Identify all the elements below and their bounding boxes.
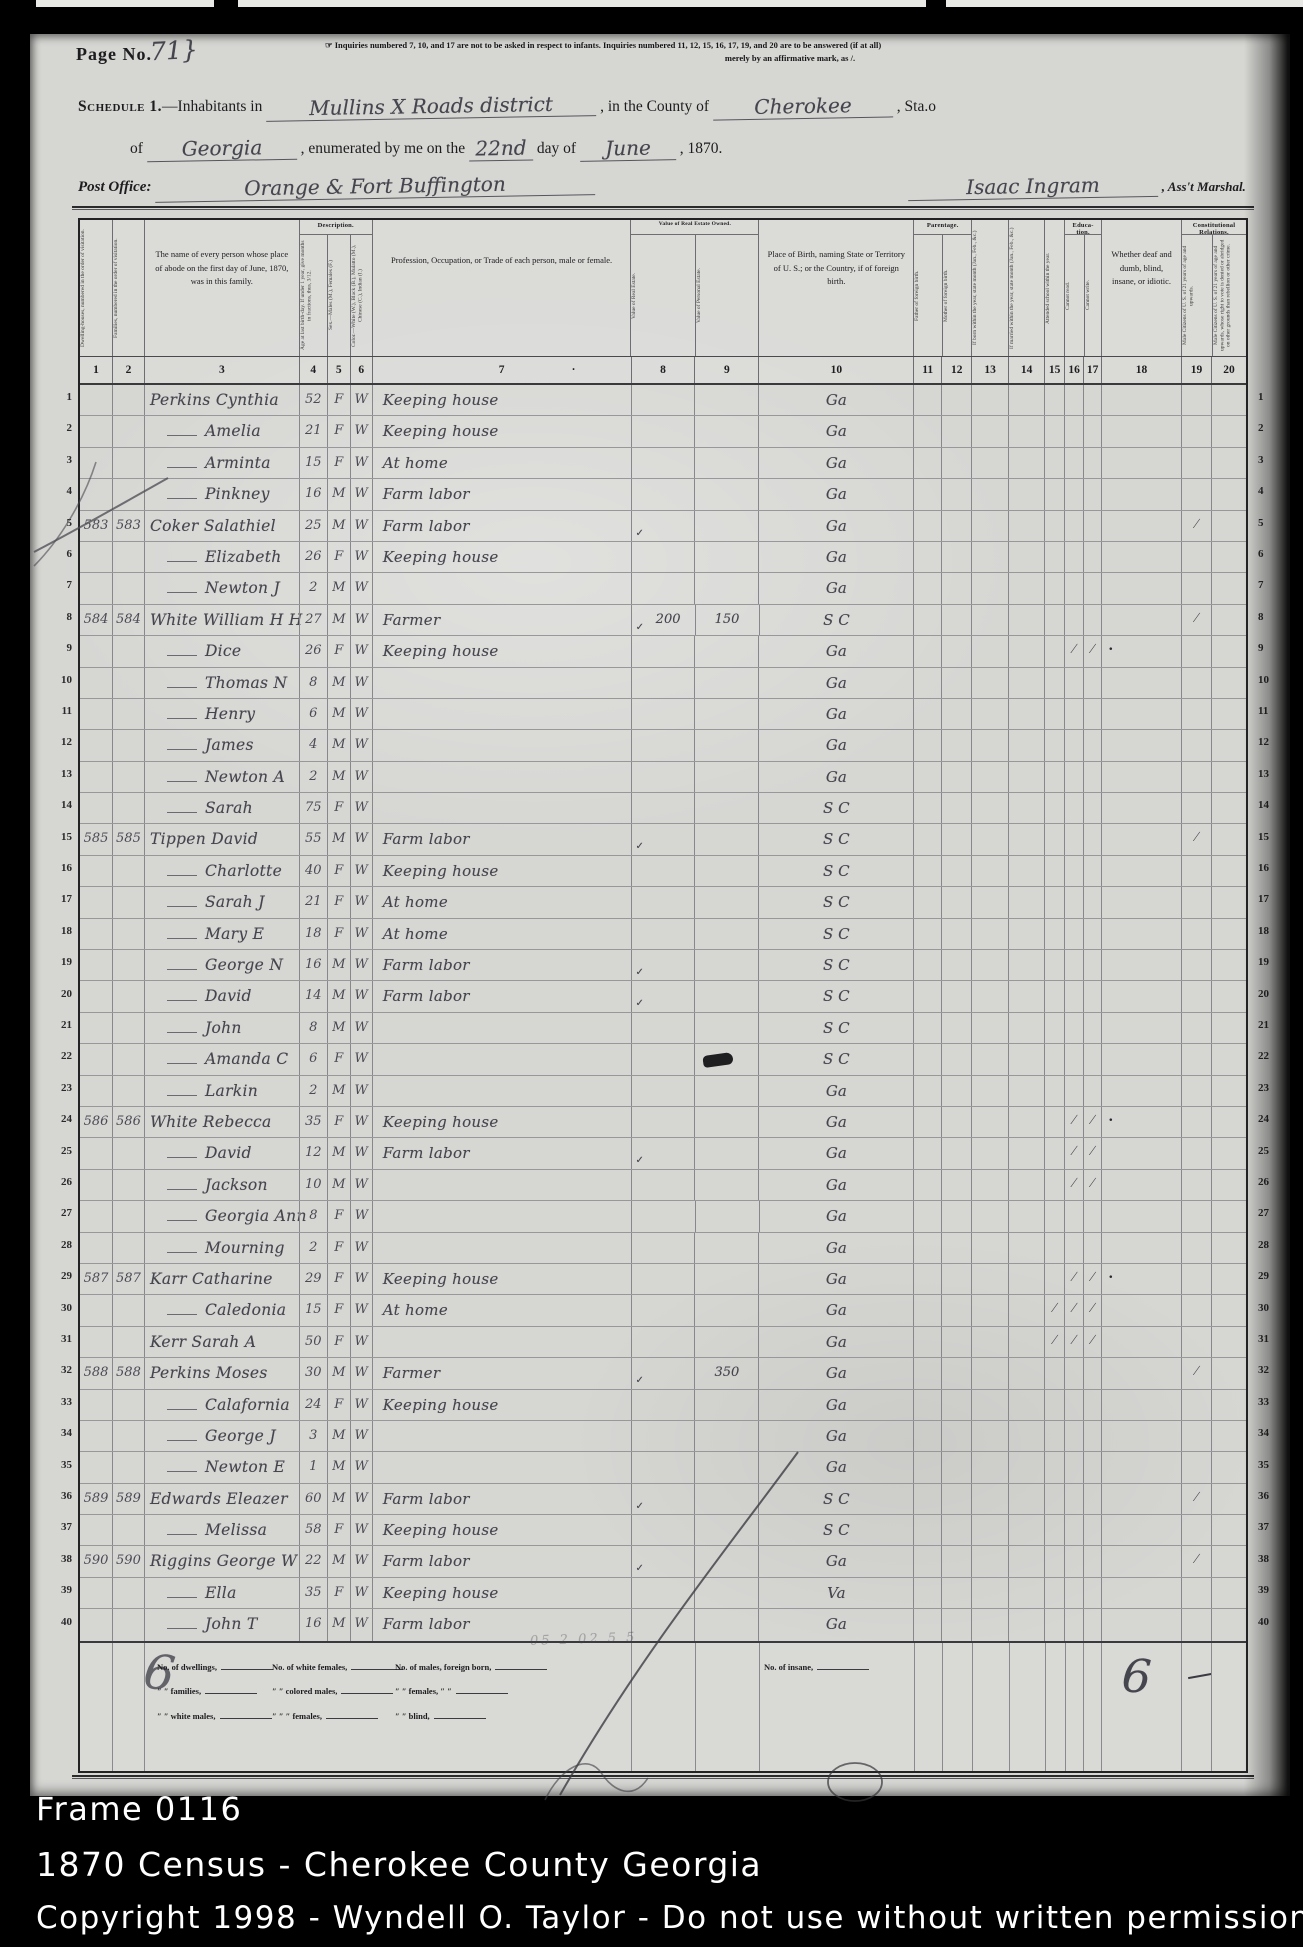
- person-name: White William H H: [145, 611, 303, 629]
- cell-sex: M: [327, 730, 350, 760]
- constitutional-section-label: Constitutional Relations.: [1182, 220, 1246, 235]
- cell-color: W: [350, 856, 372, 886]
- pen-tick: ·: [1108, 1264, 1113, 1292]
- cell-father-foreign: [913, 1138, 941, 1168]
- month-value: June: [580, 135, 676, 162]
- person-name: Jackson: [205, 1176, 268, 1194]
- cell-occupation: [372, 730, 631, 760]
- cell-cannot-write: [1083, 479, 1101, 509]
- page-no-label: Page No.: [76, 44, 152, 65]
- cell-color: W: [350, 1578, 372, 1608]
- cell-cannot-write: ∕: [1083, 1107, 1101, 1137]
- cell-father-foreign: [913, 416, 941, 446]
- cell-disabilities: ·: [1101, 1264, 1181, 1294]
- cell-father-foreign: [913, 668, 941, 698]
- cell-cannot-write: [1083, 856, 1101, 886]
- footer-column-line: [972, 1643, 973, 1771]
- cell-real-estate: ✓: [631, 1484, 695, 1514]
- cell-citizen: [1181, 1044, 1211, 1074]
- col-dwelling-label: Dwelling-houses, numbered in the order o…: [80, 223, 112, 353]
- footer-column-line: [942, 1643, 943, 1771]
- cell-real-estate: [631, 1076, 695, 1106]
- person-name: David: [205, 987, 252, 1005]
- cell-occupation: [372, 793, 631, 823]
- row-number: 19: [46, 952, 72, 983]
- table-body: Perkins Cynthia52FWKeeping houseGaAmelia…: [80, 385, 1246, 1641]
- person-name: John: [205, 1019, 242, 1037]
- cell-married-month: [1008, 730, 1044, 760]
- cell-name: David: [144, 1138, 299, 1168]
- cell-father-foreign: [913, 573, 941, 603]
- cell-born-month: [971, 1421, 1008, 1451]
- person-name: Kerr Sarah A: [145, 1333, 256, 1351]
- cell-mother-foreign: [941, 950, 971, 980]
- col-disabilities-label: Whether deaf and dumb, blind, insane, or…: [1101, 220, 1181, 356]
- cell-born-month: [971, 1295, 1008, 1325]
- cell-cannot-read: ∕: [1064, 1295, 1083, 1325]
- cell-birthplace: Ga: [758, 1138, 913, 1168]
- cell-color: W: [350, 1327, 372, 1357]
- census-row: Mourning2FWGa: [80, 1233, 1246, 1264]
- cell-father-foreign: [913, 1233, 941, 1263]
- census-row: 589589Edwards Eleazer60MWFarm labor✓S C∕: [80, 1484, 1246, 1515]
- row-number: 35: [46, 1455, 72, 1486]
- cell-color: W: [350, 511, 372, 541]
- cell-disabilities: [1101, 699, 1181, 729]
- cell-birthplace: Ga: [758, 542, 913, 572]
- cell-age: 27: [299, 605, 327, 635]
- cell-age: 2: [299, 1233, 327, 1263]
- cell-real-estate: [631, 887, 695, 917]
- cell-family: [112, 448, 144, 478]
- cell-name: Karr Catharine: [144, 1264, 299, 1294]
- footer-count-label: ″ ″ females, ″ ″: [395, 1686, 452, 1696]
- cell-real-estate: [631, 1327, 695, 1357]
- census-row: Kerr Sarah A50FWGa∕∕∕: [80, 1327, 1246, 1358]
- cell-name: Newton J: [144, 573, 299, 603]
- cell-vote-denied: [1211, 573, 1246, 603]
- census-row: James4MWGa: [80, 730, 1246, 761]
- cell-age: 26: [299, 636, 327, 666]
- cell-attended-school: [1044, 479, 1064, 509]
- cell-dwelling: 589: [80, 1484, 112, 1514]
- cell-father-foreign: [913, 1484, 941, 1514]
- inquiry-note: ☞ Inquiries numbered 7, 10, and 17 are n…: [325, 39, 1255, 65]
- cell-sex: M: [327, 479, 350, 509]
- cell-personal-estate: [694, 573, 758, 603]
- cell-birthplace: S C: [758, 1013, 913, 1043]
- pen-tick: ·: [1108, 1107, 1113, 1135]
- cell-name: Sarah J: [144, 887, 299, 917]
- cell-occupation: [372, 668, 631, 698]
- column-number-14: 14: [1008, 357, 1044, 383]
- cell-age: 2: [299, 1076, 327, 1106]
- cell-color: W: [350, 919, 372, 949]
- cell-occupation: [372, 1201, 631, 1231]
- cell-cannot-read: [1064, 856, 1083, 886]
- cell-attended-school: [1044, 1390, 1064, 1420]
- col-married-month-label: If married within the year, state month …: [1009, 223, 1044, 353]
- cell-born-month: [971, 1452, 1008, 1482]
- cell-age: 4: [299, 730, 327, 760]
- cell-born-month: [971, 1107, 1008, 1137]
- person-name: Riggins George W: [145, 1552, 297, 1570]
- column-number-10: 10: [758, 357, 913, 383]
- cell-cannot-write: [1083, 1515, 1101, 1545]
- cell-citizen: ∕: [1181, 511, 1211, 541]
- cell-disabilities: [1101, 1484, 1181, 1514]
- description-group: Description. Age at last birth-day. If u…: [299, 220, 372, 356]
- parentage-section-label: Parentage.: [914, 220, 971, 235]
- cell-mother-foreign: [941, 511, 971, 541]
- ditto-mark: [167, 718, 197, 719]
- cell-color: W: [350, 1170, 372, 1200]
- ditto-mark: [167, 812, 197, 813]
- ditto-mark: [167, 1095, 197, 1096]
- cell-married-month: [1008, 636, 1044, 666]
- cell-mother-foreign: [941, 1452, 971, 1482]
- cell-vote-denied: [1211, 856, 1246, 886]
- cell-cannot-read: [1064, 887, 1083, 917]
- cell-occupation: Keeping house: [372, 416, 631, 446]
- column-number-5: 5: [327, 357, 350, 383]
- caption-copyright: Copyright 1998 - Wyndell O. Taylor - Do …: [36, 1900, 1303, 1936]
- row-number: 6: [46, 544, 72, 575]
- cell-real-estate: ✓200: [631, 605, 695, 635]
- cell-name: Perkins Moses: [144, 1358, 299, 1388]
- cell-birthplace: Ga: [758, 1421, 913, 1451]
- cell-mother-foreign: [941, 699, 971, 729]
- cell-cannot-read: [1064, 511, 1083, 541]
- census-row: 585585Tippen David55MWFarm labor✓S C∕: [80, 824, 1246, 855]
- cell-cannot-read: [1064, 1358, 1083, 1388]
- cell-occupation: [372, 1327, 631, 1357]
- cell-personal-estate: [694, 1013, 758, 1043]
- footer-count-label: ″ ″ colored males,: [272, 1686, 337, 1696]
- cell-born-month: [971, 448, 1008, 478]
- cell-attended-school: [1044, 1201, 1064, 1231]
- cell-sex: F: [327, 887, 350, 917]
- census-row: Larkin2MWGa: [80, 1076, 1246, 1107]
- cell-sex: F: [327, 416, 350, 446]
- cell-real-estate: [631, 1609, 695, 1640]
- column-number-8: 8: [631, 357, 695, 383]
- cell-cannot-write: [1083, 416, 1101, 446]
- cell-citizen: [1181, 636, 1211, 666]
- census-row: Newton A2MWGa: [80, 762, 1246, 793]
- cell-personal-estate: [694, 668, 758, 698]
- cell-color: W: [350, 385, 372, 415]
- cell-age: 10: [299, 1170, 327, 1200]
- cell-born-month: [971, 1076, 1008, 1106]
- cell-mother-foreign: [941, 1264, 971, 1294]
- cell-name: Edwards Eleazer: [144, 1484, 299, 1514]
- census-row: 590590Riggins George W22MWFarm labor✓Ga∕: [80, 1546, 1246, 1577]
- value-owned-group: Value of Real Estate Owned. Value of Rea…: [630, 220, 758, 356]
- cell-vote-denied: [1211, 1546, 1246, 1576]
- census-row: John8MWS C: [80, 1013, 1246, 1044]
- person-name: Coker Salathiel: [145, 517, 276, 535]
- cell-mother-foreign: [941, 1390, 971, 1420]
- cell-family: 588: [112, 1358, 144, 1388]
- cell-attended-school: [1044, 1076, 1064, 1106]
- cell-born-month: [971, 1515, 1008, 1545]
- cell-personal-estate: [694, 824, 758, 854]
- row-number: 11: [46, 701, 72, 732]
- cell-family: 587: [112, 1264, 144, 1294]
- cell-birthplace: Ga: [758, 1170, 913, 1200]
- cell-attended-school: [1044, 1013, 1064, 1043]
- cell-married-month: [1008, 699, 1044, 729]
- census-row: Jackson10MWGa∕∕: [80, 1170, 1246, 1201]
- person-name: White Rebecca: [145, 1113, 272, 1131]
- cell-cannot-write: ∕: [1083, 1327, 1101, 1357]
- person-name: Ella: [205, 1584, 237, 1602]
- cell-citizen: [1181, 1076, 1211, 1106]
- cell-mother-foreign: [941, 1076, 971, 1106]
- cell-born-month: [971, 605, 1008, 635]
- cell-sex: M: [327, 1170, 350, 1200]
- cell-family: [112, 479, 144, 509]
- personal-estate-value: 150: [715, 612, 740, 627]
- cell-married-month: [1008, 1013, 1044, 1043]
- cell-citizen: [1181, 1578, 1211, 1608]
- cell-attended-school: [1044, 950, 1064, 980]
- cell-color: W: [350, 1546, 372, 1576]
- cell-personal-estate: 350: [694, 1358, 758, 1388]
- cell-married-month: [1008, 762, 1044, 792]
- col-family-label: Families, numbered in the order of visit…: [113, 223, 144, 353]
- cell-cannot-write: ∕: [1083, 1170, 1101, 1200]
- cell-cannot-write: [1083, 1076, 1101, 1106]
- cell-real-estate: ✓: [631, 950, 695, 980]
- cell-mother-foreign: [941, 636, 971, 666]
- cell-dwelling: [80, 1578, 112, 1608]
- person-name: George N: [205, 956, 283, 974]
- cell-personal-estate: [694, 887, 758, 917]
- cell-cannot-read: [1064, 730, 1083, 760]
- cell-dwelling: 585: [80, 824, 112, 854]
- cell-color: W: [350, 636, 372, 666]
- cell-dwelling: [80, 856, 112, 886]
- person-name: Amanda C: [205, 1050, 288, 1068]
- cell-citizen: [1181, 1107, 1211, 1137]
- cell-attended-school: [1044, 1264, 1064, 1294]
- cell-occupation: Keeping house: [372, 1264, 631, 1294]
- cell-born-month: [971, 1170, 1008, 1200]
- cell-cannot-read: [1064, 762, 1083, 792]
- census-row: Pinkney16MWFarm laborGa: [80, 479, 1246, 510]
- cell-father-foreign: [913, 1390, 941, 1420]
- cell-attended-school: [1044, 385, 1064, 415]
- cell-mother-foreign: [941, 1044, 971, 1074]
- census-row: Arminta15FWAt homeGa: [80, 448, 1246, 479]
- cell-citizen: [1181, 730, 1211, 760]
- person-name: Newton J: [205, 579, 280, 597]
- person-name: Sarah J: [205, 893, 265, 911]
- cell-real-estate: ✓: [631, 824, 695, 854]
- cell-born-month: [971, 1138, 1008, 1168]
- cell-color: W: [350, 1358, 372, 1388]
- cell-married-month: [1008, 573, 1044, 603]
- cell-born-month: [971, 1358, 1008, 1388]
- census-row: Caledonia15FWAt homeGa∕∕∕: [80, 1295, 1246, 1326]
- cell-occupation: At home: [372, 887, 631, 917]
- cell-real-estate: [631, 1044, 695, 1074]
- cell-dwelling: [80, 1609, 112, 1640]
- cell-birthplace: S C: [758, 950, 913, 980]
- ditto-mark: [167, 1000, 197, 1001]
- ditto-mark: [167, 687, 197, 688]
- cell-father-foreign: [913, 1421, 941, 1451]
- cell-citizen: [1181, 1170, 1211, 1200]
- cell-occupation: [372, 1170, 631, 1200]
- row-number: 5: [46, 513, 72, 544]
- cell-real-estate: [631, 793, 695, 823]
- cell-vote-denied: [1211, 479, 1246, 509]
- cell-occupation: At home: [372, 1295, 631, 1325]
- cell-married-month: [1008, 1358, 1044, 1388]
- cell-family: [112, 887, 144, 917]
- cell-cannot-write: ∕: [1083, 636, 1101, 666]
- cell-occupation: Farm labor: [372, 1546, 631, 1576]
- cell-cannot-read: [1064, 1515, 1083, 1545]
- footer-column-line: [144, 1643, 145, 1771]
- cell-vote-denied: [1211, 887, 1246, 917]
- cell-occupation: [372, 573, 631, 603]
- cell-father-foreign: [913, 1076, 941, 1106]
- cell-cannot-read: [1064, 793, 1083, 823]
- cell-father-foreign: [913, 1327, 941, 1357]
- cell-color: W: [350, 793, 372, 823]
- cell-born-month: [971, 824, 1008, 854]
- cell-personal-estate: [694, 699, 758, 729]
- cell-attended-school: [1044, 1452, 1064, 1482]
- cell-attended-school: [1044, 448, 1064, 478]
- cell-sex: F: [327, 636, 350, 666]
- footer-column-line: [914, 1643, 915, 1771]
- cell-citizen: [1181, 448, 1211, 478]
- cell-vote-denied: [1211, 699, 1246, 729]
- census-row: Perkins Cynthia52FWKeeping houseGa: [80, 385, 1246, 416]
- person-name: Charlotte: [205, 862, 282, 880]
- cell-real-estate: [631, 1515, 695, 1545]
- cell-married-month: [1008, 887, 1044, 917]
- cell-color: W: [350, 416, 372, 446]
- cell-citizen: [1181, 542, 1211, 572]
- cell-personal-estate: [694, 1264, 758, 1294]
- cell-father-foreign: [913, 479, 941, 509]
- cell-birthplace: S C: [758, 887, 913, 917]
- ditto-mark: [167, 435, 197, 436]
- footer-column-line: [1045, 1643, 1046, 1771]
- person-name: Larkin: [205, 1082, 258, 1100]
- cell-mother-foreign: [941, 1295, 971, 1325]
- cell-father-foreign: [913, 1578, 941, 1608]
- cell-sex: F: [327, 1295, 350, 1325]
- ditto-mark: [167, 498, 197, 499]
- person-name: Calafornia: [205, 1396, 290, 1414]
- cell-age: 30: [299, 1358, 327, 1388]
- cell-vote-denied: [1211, 385, 1246, 415]
- cell-cannot-read: [1064, 542, 1083, 572]
- cell-citizen: [1181, 1327, 1211, 1357]
- cell-personal-estate: [694, 542, 758, 572]
- cell-personal-estate: [694, 762, 758, 792]
- cell-married-month: [1008, 1452, 1044, 1482]
- cell-birthplace: Ga: [758, 385, 913, 415]
- cell-family: [112, 730, 144, 760]
- cell-sex: M: [327, 1138, 350, 1168]
- cell-dwelling: [80, 762, 112, 792]
- cell-age: 58: [299, 1515, 327, 1545]
- cell-dwelling: [80, 1076, 112, 1106]
- cell-vote-denied: [1211, 511, 1246, 541]
- cell-vote-denied: [1211, 1170, 1246, 1200]
- blank-line: [817, 1662, 869, 1670]
- census-row: Elizabeth26FWKeeping houseGa: [80, 542, 1246, 573]
- cell-married-month: [1008, 1295, 1044, 1325]
- cell-cannot-read: [1064, 605, 1083, 635]
- cell-vote-denied: [1211, 1076, 1246, 1106]
- cell-sex: F: [327, 919, 350, 949]
- cell-cannot-read: [1064, 1484, 1083, 1514]
- column-number-6: 6: [350, 357, 372, 383]
- cell-cannot-write: [1083, 1201, 1101, 1231]
- cell-citizen: [1181, 1515, 1211, 1545]
- cell-cannot-write: [1083, 699, 1101, 729]
- cell-sex: F: [327, 1264, 350, 1294]
- cell-married-month: [1008, 824, 1044, 854]
- cell-married-month: [1008, 1327, 1044, 1357]
- column-number-7: 7·: [372, 357, 631, 383]
- cell-occupation: [372, 1076, 631, 1106]
- cell-attended-school: [1044, 856, 1064, 886]
- cell-father-foreign: [913, 636, 941, 666]
- district-value: Mullins X Roads district: [266, 91, 596, 122]
- cell-birthplace: Ga: [758, 416, 913, 446]
- cell-color: W: [350, 1201, 372, 1231]
- cell-father-foreign: [913, 762, 941, 792]
- cell-father-foreign: [913, 1515, 941, 1545]
- cell-personal-estate: [694, 1390, 758, 1420]
- cell-attended-school: [1044, 668, 1064, 698]
- row-number: 14: [46, 795, 72, 826]
- cell-disabilities: ·: [1101, 636, 1181, 666]
- footer-column-line: [631, 1643, 632, 1771]
- cell-born-month: [971, 1044, 1008, 1074]
- cell-attended-school: [1044, 573, 1064, 603]
- post-office-value: Orange & Fort Buffington: [155, 170, 595, 203]
- cell-disabilities: [1101, 479, 1181, 509]
- cell-personal-estate: [694, 1578, 758, 1608]
- ditto-mark: [167, 781, 197, 782]
- row-number: 10: [46, 670, 72, 701]
- cell-cannot-read: [1064, 1421, 1083, 1451]
- ditto-mark: [167, 1220, 197, 1221]
- cell-disabilities: [1101, 1138, 1181, 1168]
- column-number-2: 2: [112, 357, 144, 383]
- cell-age: 21: [299, 887, 327, 917]
- cell-disabilities: [1101, 856, 1181, 886]
- row-number: 3: [46, 450, 72, 481]
- cell-sex: F: [327, 542, 350, 572]
- footer-count-label: ″ ″ white males,: [157, 1711, 216, 1721]
- person-name: Perkins Cynthia: [145, 391, 279, 409]
- cell-family: [112, 1609, 144, 1640]
- cell-vote-denied: [1211, 1578, 1246, 1608]
- cell-dwelling: [80, 1138, 112, 1168]
